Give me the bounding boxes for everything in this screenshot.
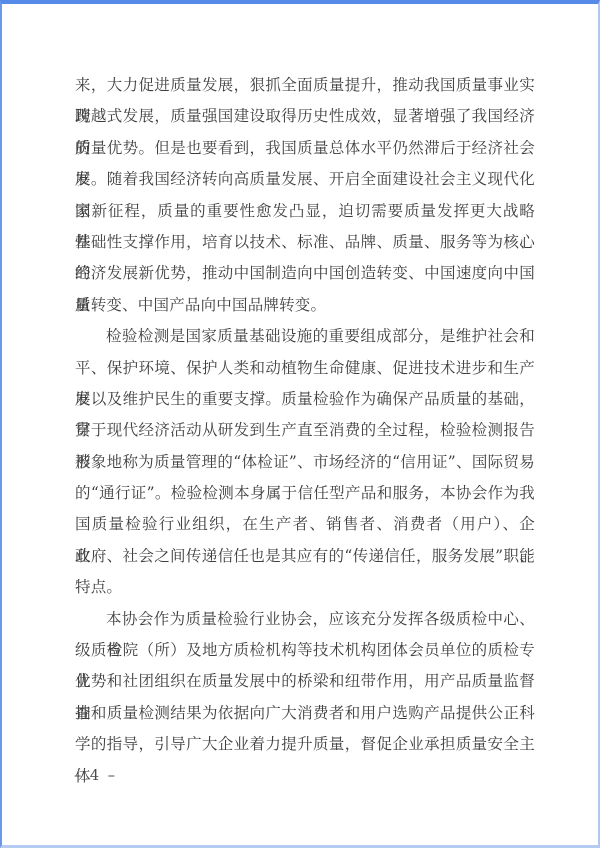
page-number: – 4 – <box>74 768 117 784</box>
text-line: 展。随着我国经济转向高质量发展、开启全面建设社会主义现代化国 <box>75 164 535 195</box>
text-line: 跨越式发展，质量强国建设取得历史性成效，显著增强了我国经济的 <box>75 101 535 132</box>
text-line: 经济发展新优势，推动中国制造向中国创造转变、中国速度向中国质 <box>75 258 535 289</box>
text-line: 来，大力促进质量发展，狠抓全面质量提升，推动我国质量事业实现 <box>75 70 535 101</box>
text-line: 穿于现代经济活动从研发到生产直至消费的全过程，检验检测报告被 <box>75 415 535 446</box>
text-line: 展以及维护民生的重要支撑。质量检验作为确保产品质量的基础，贯 <box>75 384 535 415</box>
text-line: 本协会作为质量检验行业协会，应该充分发挥各级质检中心、省 <box>75 604 535 635</box>
text-line: 级质检院（所）及地方质检机构等技术机构团体会员单位的质检专业 <box>75 635 535 666</box>
text-line: 特点。 <box>75 572 535 603</box>
text-line: 检验检测是国家质量基础设施的重要组成部分，是维护社会和 <box>75 321 535 352</box>
text-line: 量转变、中国产品向中国品牌转变。 <box>75 290 535 321</box>
text-line: 平、保护环境、保护人类和动植物生命健康、促进技术进步和生产发 <box>75 353 535 384</box>
document-page: 来，大力促进质量发展，狠抓全面质量提升，推动我国质量事业实现跨越式发展，质量强国… <box>0 0 600 848</box>
text-line: 学的指导，引导广大企业着力提升质量，督促企业承担质量安全主体 <box>75 729 535 760</box>
text-line: 形象地称为质量管理的“体检证”、市场经济的“信用证”、国际贸易 <box>75 447 535 478</box>
text-line: 政府、社会之间传递信任也是其应有的“传递信任，服务发展”职能 <box>75 541 535 572</box>
text-line: 国质量检验行业组织，在生产者、销售者、消费者（用户）、企业、 <box>75 509 535 540</box>
text-body: 来，大力促进质量发展，狠抓全面质量提升，推动我国质量事业实现跨越式发展，质量强国… <box>75 70 535 761</box>
text-line: 基础性支撑作用，培育以技术、标准、品牌、质量、服务等为核心的 <box>75 227 535 258</box>
text-line: 质量优势。但是也要看到，我国质量总体水平仍然滞后于经济社会发 <box>75 133 535 164</box>
text-line: 家新征程，质量的重要性愈发凸显，迫切需要质量发挥更大战略性、 <box>75 196 535 227</box>
text-line: 查和质量检测结果为依据向广大消费者和用户选购产品提供公正科 <box>75 698 535 729</box>
text-line: 的“通行证”。检验检测本身属于信任型产品和服务，本协会作为我 <box>75 478 535 509</box>
text-line: 优势和社团组织在质量发展中的桥梁和纽带作用，用产品质量监督抽 <box>75 666 535 697</box>
